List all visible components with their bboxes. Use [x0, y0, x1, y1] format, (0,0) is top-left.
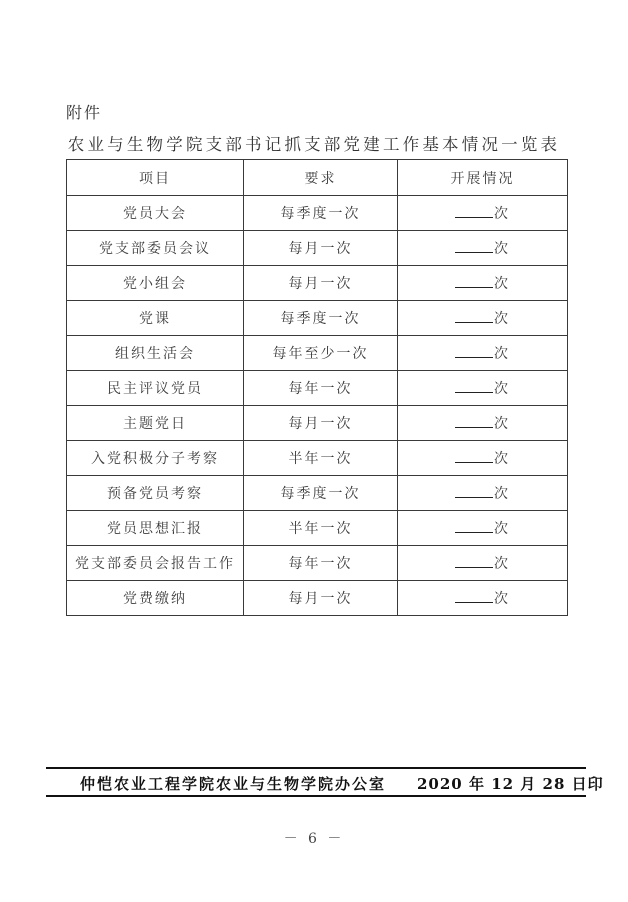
unit-label: 次 [494, 521, 510, 537]
table-row: 党支部委员会报告工作 每年一次 次 [67, 546, 568, 581]
item-cell: 党员思想汇报 [67, 511, 244, 546]
table-row: 党支部委员会议 每月一次 次 [67, 231, 568, 266]
table-row: 党费缴纳 每月一次 次 [67, 581, 568, 616]
requirement-cell: 每月一次 [244, 581, 398, 616]
status-cell: 次 [398, 266, 568, 301]
status-cell: 次 [398, 231, 568, 266]
footer-print-date: 2020 年 12 月 28 日印 [417, 773, 604, 794]
table-row: 入党积极分子考察 半年一次 次 [67, 441, 568, 476]
document-title: 农业与生物学院支部书记抓支部党建工作基本情况一览表 [0, 131, 628, 155]
status-cell: 次 [398, 406, 568, 441]
requirement-cell: 每年一次 [244, 546, 398, 581]
item-cell: 民主评议党员 [67, 371, 244, 406]
table-row: 组织生活会 每年至少一次 次 [67, 336, 568, 371]
requirement-cell: 每年至少一次 [244, 336, 398, 371]
status-cell: 次 [398, 546, 568, 581]
requirement-cell: 每季度一次 [244, 476, 398, 511]
page-number: － 6 － [0, 828, 628, 848]
requirement-cell: 每月一次 [244, 406, 398, 441]
status-cell: 次 [398, 336, 568, 371]
item-cell: 主题党日 [67, 406, 244, 441]
count-blank-field[interactable] [455, 309, 493, 323]
count-blank-field[interactable] [455, 484, 493, 498]
table-row: 主题党日 每月一次 次 [67, 406, 568, 441]
party-work-table: 项目 要求 开展情况 党员大会 每季度一次 次 党支部委员会议 每月一次 次 党… [66, 159, 568, 616]
item-cell: 党员大会 [67, 196, 244, 231]
header-status: 开展情况 [398, 160, 568, 196]
status-cell: 次 [398, 581, 568, 616]
status-cell: 次 [398, 441, 568, 476]
unit-label: 次 [494, 416, 510, 432]
status-cell: 次 [398, 476, 568, 511]
table-row: 党员思想汇报 半年一次 次 [67, 511, 568, 546]
count-blank-field[interactable] [455, 554, 493, 568]
footer-bottom-rule [46, 795, 586, 797]
table-row: 党员大会 每季度一次 次 [67, 196, 568, 231]
requirement-cell: 半年一次 [244, 441, 398, 476]
count-blank-field[interactable] [455, 204, 493, 218]
status-cell: 次 [398, 196, 568, 231]
requirement-cell: 每季度一次 [244, 301, 398, 336]
unit-label: 次 [494, 346, 510, 362]
unit-label: 次 [494, 451, 510, 467]
unit-label: 次 [494, 591, 510, 607]
count-blank-field[interactable] [455, 519, 493, 533]
count-blank-field[interactable] [455, 274, 493, 288]
item-cell: 党小组会 [67, 266, 244, 301]
count-blank-field[interactable] [455, 344, 493, 358]
unit-label: 次 [494, 311, 510, 327]
requirement-cell: 每月一次 [244, 231, 398, 266]
item-cell: 党费缴纳 [67, 581, 244, 616]
count-blank-field[interactable] [455, 239, 493, 253]
requirement-cell: 每月一次 [244, 266, 398, 301]
table-row: 民主评议党员 每年一次 次 [67, 371, 568, 406]
requirement-cell: 每年一次 [244, 371, 398, 406]
unit-label: 次 [494, 381, 510, 397]
table-header-row: 项目 要求 开展情况 [67, 160, 568, 196]
item-cell: 预备党员考察 [67, 476, 244, 511]
item-cell: 党支部委员会报告工作 [67, 546, 244, 581]
item-cell: 党课 [67, 301, 244, 336]
unit-label: 次 [494, 241, 510, 257]
status-cell: 次 [398, 371, 568, 406]
header-requirement: 要求 [244, 160, 398, 196]
footer-organization: 仲恺农业工程学院农业与生物学院办公室 [80, 773, 386, 794]
status-cell: 次 [398, 511, 568, 546]
count-blank-field[interactable] [455, 589, 493, 603]
footer-top-rule [46, 767, 586, 769]
unit-label: 次 [494, 276, 510, 292]
count-blank-field[interactable] [455, 414, 493, 428]
requirement-cell: 每季度一次 [244, 196, 398, 231]
item-cell: 党支部委员会议 [67, 231, 244, 266]
item-cell: 组织生活会 [67, 336, 244, 371]
status-cell: 次 [398, 301, 568, 336]
unit-label: 次 [494, 206, 510, 222]
header-item: 项目 [67, 160, 244, 196]
count-blank-field[interactable] [455, 379, 493, 393]
table-row: 预备党员考察 每季度一次 次 [67, 476, 568, 511]
unit-label: 次 [494, 556, 510, 572]
table-row: 党课 每季度一次 次 [67, 301, 568, 336]
item-cell: 入党积极分子考察 [67, 441, 244, 476]
requirement-cell: 半年一次 [244, 511, 398, 546]
attachment-label: 附件 [66, 100, 102, 123]
unit-label: 次 [494, 486, 510, 502]
count-blank-field[interactable] [455, 449, 493, 463]
table-row: 党小组会 每月一次 次 [67, 266, 568, 301]
